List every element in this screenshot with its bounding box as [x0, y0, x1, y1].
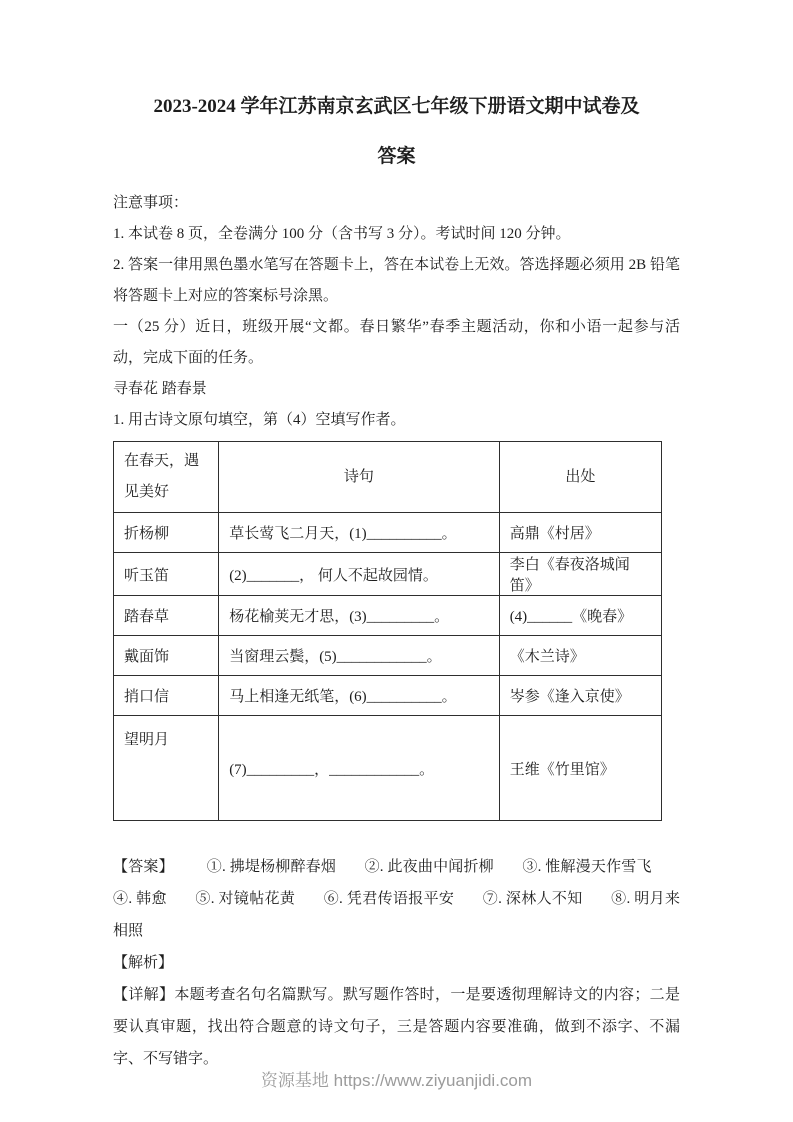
table-header-row: 在春天，遇见美好 诗句 出处 [114, 442, 662, 513]
scene-cell: 望明月 [114, 716, 219, 821]
scene-cell: 听玉笛 [114, 553, 219, 596]
answer-item-5: ⑤. 对镜帖花黄 [195, 891, 295, 907]
scene-cell: 折杨柳 [114, 513, 219, 553]
verse-cell: (2)_______， 何人不起故园情。 [219, 553, 500, 596]
table-row: 望明月 (7)_________，____________。 王维《竹里馆》 [114, 716, 662, 821]
source-cell: (4)______《晚春》 [499, 596, 661, 636]
footer-site-link[interactable]: 资源基地 https://www.ziyuanjidi.com [261, 1071, 532, 1090]
verse-cell: 杨花榆荚无才思，(3)_________。 [219, 596, 500, 636]
analysis-label: 【解析】 [113, 947, 680, 979]
table-row: 听玉笛 (2)_______， 何人不起故园情。 李白《春夜洛城闻笛》 [114, 553, 662, 596]
verse-cell: (7)_________，____________。 [219, 716, 500, 821]
note-item-2: 2. 答案一律用黑色墨水笔写在答题卡上，答在本试卷上无效。答选择题必须用 2B … [113, 250, 680, 312]
scene-cell: 踏春草 [114, 596, 219, 636]
document-page: { "doc": { "title_lines": [ "2023-2024 学… [0, 0, 793, 1122]
verse-cell: 当窗理云鬓，(5)____________。 [219, 636, 500, 676]
page-title: 2023-2024 学年江苏南京玄武区七年级下册语文期中试卷及 答案 [113, 82, 680, 182]
answer-item-1: ①. 拂堤杨柳醉春烟 [207, 859, 336, 875]
note-item-1: 1. 本试卷 8 页，全卷满分 100 分（含书写 3 分）。考试时间 120 … [113, 219, 680, 250]
question-1-prompt: 1. 用古诗文原句填空，第（4）空填写作者。 [113, 405, 680, 436]
table-row: 戴面饰 当窗理云鬓，(5)____________。 《木兰诗》 [114, 636, 662, 676]
page-title-line-1: 2023-2024 学年江苏南京玄武区七年级下册语文期中试卷及 [113, 82, 680, 132]
answer-label: 【答案】 [113, 859, 174, 875]
page-footer: 资源基地 https://www.ziyuanjidi.com [0, 1066, 793, 1091]
source-cell: 李白《春夜洛城闻笛》 [499, 553, 661, 596]
poetry-fill-in-table: 在春天，遇见美好 诗句 出处 折杨柳 草长莺飞二月天，(1)__________… [113, 441, 662, 821]
exam-content: 2023-2024 学年江苏南京玄武区七年级下册语文期中试卷及 答案 注意事项：… [0, 0, 793, 1075]
source-cell: 高鼎《村居》 [499, 513, 661, 553]
answer-item-6: ⑥. 凭君传语报平安 [324, 891, 455, 907]
source-cell: 岑参《逢入京使》 [499, 676, 661, 716]
scene-cell: 戴面饰 [114, 636, 219, 676]
scene-cell: 捎口信 [114, 676, 219, 716]
answer-item-7: ⑦. 深林人不知 [483, 891, 583, 907]
table-row: 折杨柳 草长莺飞二月天，(1)__________。 高鼎《村居》 [114, 513, 662, 553]
section-one-intro: 一（25 分）近日，班级开展“文都。春日繁华”春季主题活动，你和小语一起参与活动… [113, 312, 680, 374]
page-title-line-2: 答案 [113, 132, 680, 182]
answer-key-paragraph: 【答案】①. 拂堤杨柳醉春烟②. 此夜曲中闻折柳③. 惟解漫天作雪飞④. 韩愈⑤… [113, 851, 680, 947]
notes-heading: 注意事项： [113, 188, 680, 219]
source-cell: 王维《竹里馆》 [499, 716, 661, 821]
source-cell: 《木兰诗》 [499, 636, 661, 676]
verse-cell: 草长莺飞二月天，(1)__________。 [219, 513, 500, 553]
answer-item-2: ②. 此夜曲中闻折柳 [365, 859, 494, 875]
answer-item-4: ④. 韩愈 [113, 891, 167, 907]
answer-item-3: ③. 惟解漫天作雪飞 [522, 859, 651, 875]
table-header-source: 出处 [499, 442, 661, 513]
table-header-verse: 诗句 [219, 442, 500, 513]
table-header-scene: 在春天，遇见美好 [114, 442, 219, 513]
table-row: 踏春草 杨花榆荚无才思，(3)_________。 (4)______《晚春》 [114, 596, 662, 636]
verse-cell: 马上相逢无纸笔，(6)__________。 [219, 676, 500, 716]
activity-subheading: 寻春花 踏春景 [113, 374, 680, 405]
analysis-detail: 【详解】本题考查名句名篇默写。默写题作答时，一是要透彻理解诗文的内容；二是要认真… [113, 979, 680, 1075]
table-row: 捎口信 马上相逢无纸笔，(6)__________。 岑参《逢入京使》 [114, 676, 662, 716]
